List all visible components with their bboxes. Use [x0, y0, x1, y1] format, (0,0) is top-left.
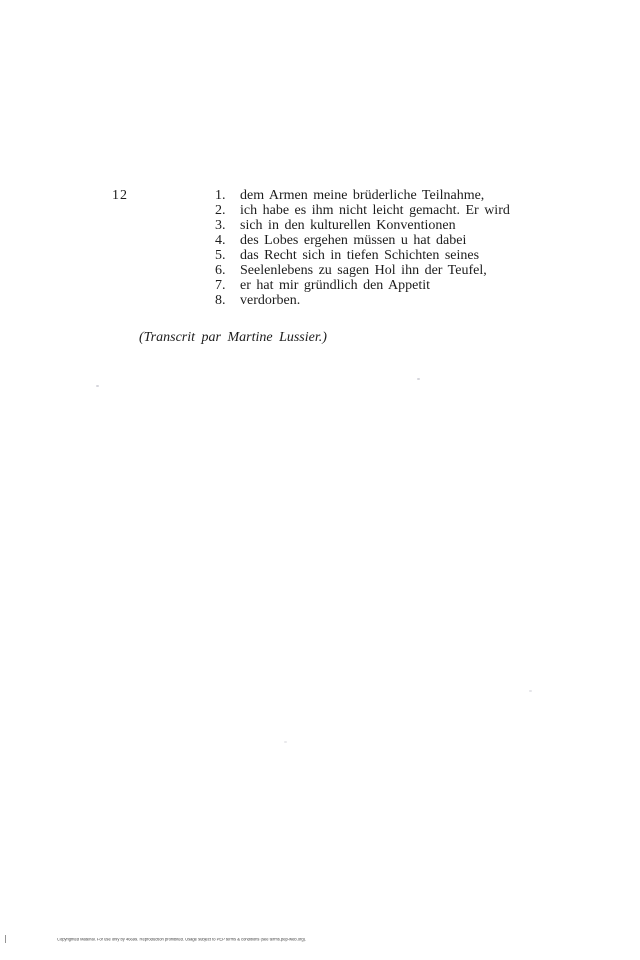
list-item-text: er hat mir gründlich den Appetit [240, 278, 545, 293]
list-item: 1. dem Armen meine brüderliche Teilnahme… [215, 188, 545, 203]
list-item-text: Seelenlebens zu sagen Hol ihn der Teufel… [240, 263, 545, 278]
list-item-text: verdorben. [240, 293, 545, 308]
list-item: 2. ich habe es ihm nicht leicht gemacht.… [215, 203, 545, 218]
list-item-number: 4. [215, 233, 240, 248]
list-item-number: 2. [215, 203, 240, 218]
list-item: 6. Seelenlebens zu sagen Hol ihn der Teu… [215, 263, 545, 278]
list-item: 5. das Recht sich in tiefen Schichten se… [215, 248, 545, 263]
list-item: 3. sich in den kulturellen Konventionen [215, 218, 545, 233]
copyright-notice: Copyrighted Material. For use only by 46… [57, 938, 306, 943]
list-item-number: 7. [215, 278, 240, 293]
list-item-number: 8. [215, 293, 240, 308]
list-item-text: ich habe es ihm nicht leicht gemacht. Er… [240, 203, 545, 218]
scan-edge-artifact [5, 935, 6, 943]
list-item-number: 1. [215, 188, 240, 203]
list-item-text: des Lobes ergehen müssen u hat dabei [240, 233, 545, 248]
list-item: 4. des Lobes ergehen müssen u hat dabei [215, 233, 545, 248]
scan-speck [529, 690, 532, 692]
list-item-number: 6. [215, 263, 240, 278]
scanned-document-page: 12 1. dem Armen meine brüderliche Teilna… [0, 0, 640, 960]
page-number: 12 [112, 188, 128, 203]
scan-speck [96, 385, 99, 387]
list-item: 7. er hat mir gründlich den Appetit [215, 278, 545, 293]
list-item-text: sich in den kulturellen Konventionen [240, 218, 545, 233]
transcriber-attribution: (Transcrit par Martine Lussier.) [139, 330, 327, 346]
scan-speck [417, 378, 420, 380]
list-item-text: das Recht sich in tiefen Schichten seine… [240, 248, 545, 263]
list-item-text: dem Armen meine brüderliche Teilnahme, [240, 188, 545, 203]
list-item-number: 5. [215, 248, 240, 263]
scan-speck [284, 741, 287, 743]
list-item-number: 3. [215, 218, 240, 233]
transcription-list: 1. dem Armen meine brüderliche Teilnahme… [215, 188, 545, 308]
list-item: 8. verdorben. [215, 293, 545, 308]
